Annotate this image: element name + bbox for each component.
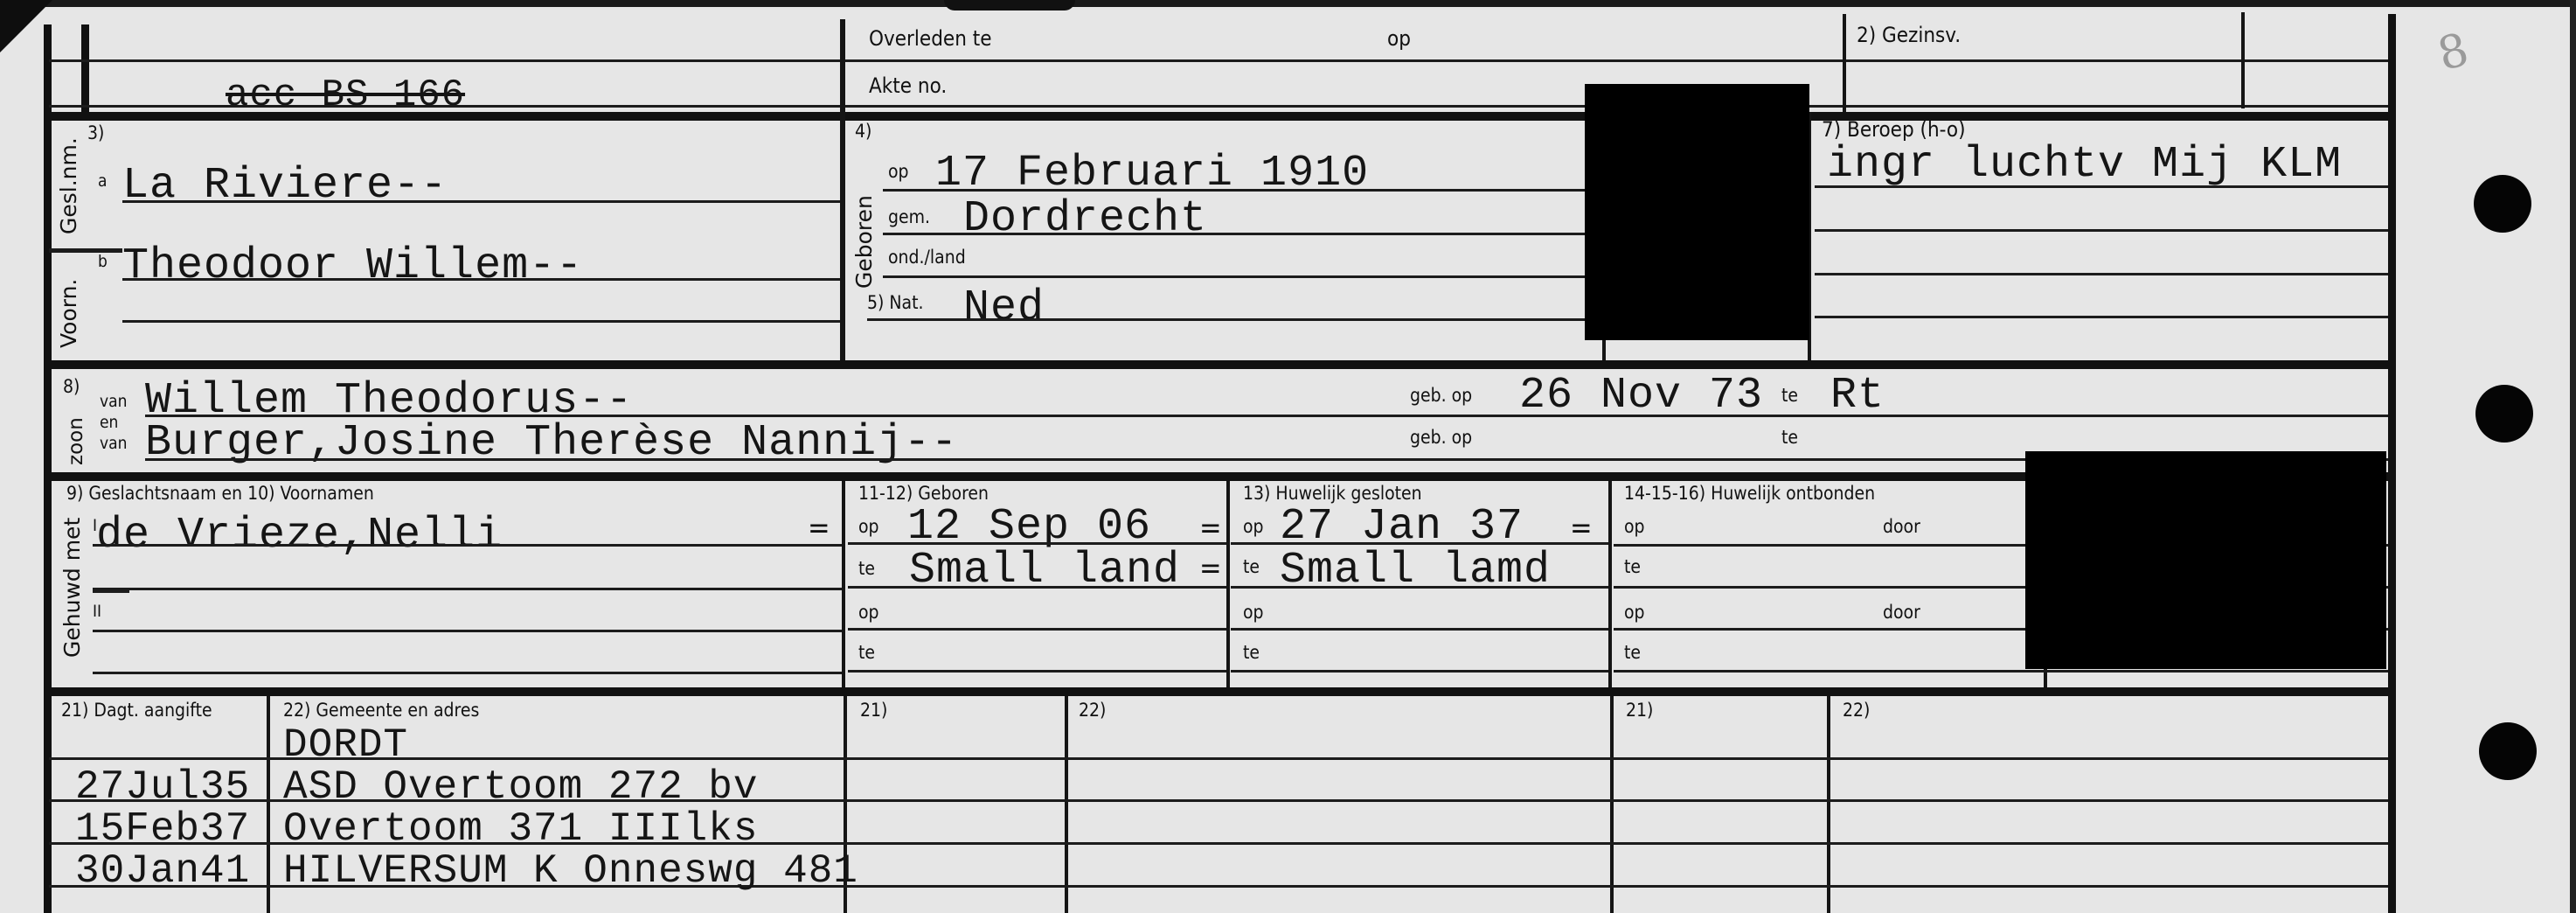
- occupation-line-1: [1815, 185, 2388, 188]
- overleden-label: Overleden te: [869, 26, 992, 51]
- gesl-voorn-divider: [49, 248, 122, 253]
- spouse-2-line-2: [93, 672, 842, 674]
- spouse-1-birth-place-eq: =: [1199, 551, 1222, 586]
- spouse-1-birth-date-line: [848, 542, 1226, 545]
- punch-hole-3: [2479, 722, 2537, 780]
- marriage-1-eq: =: [1570, 511, 1593, 546]
- gesl-nm-label: Gesl.nm.: [56, 137, 81, 234]
- birth-gem-label: gem.: [888, 206, 930, 227]
- given-names-line: [122, 278, 840, 281]
- birth-section-number: 4): [855, 121, 871, 142]
- scan-right-edge: [2570, 0, 2576, 913]
- address-entry-0-address: DORDT: [283, 722, 408, 768]
- address-col22-label-3: 22): [1843, 700, 1870, 721]
- spouse-1-eq: =: [808, 511, 830, 546]
- overleden-op-label: op: [1387, 26, 1411, 51]
- spouse-2-birth-place-line: [848, 670, 1226, 673]
- address-col22-label-2: 22): [1079, 700, 1106, 721]
- surname-value: La Riviere--: [122, 161, 448, 211]
- marriage-2-op-label: op: [1243, 602, 1264, 623]
- header-divider: [840, 19, 845, 362]
- left-border: [44, 24, 52, 913]
- surname-line: [122, 200, 840, 203]
- occupation-line-2: [1815, 229, 2388, 232]
- punch-hole-1: [2474, 175, 2531, 233]
- spouse-1-birth-te-label: te: [858, 558, 875, 579]
- marriage-2-place-line: [1231, 670, 1608, 673]
- spouse-names-header: 9) Geslachtsnaam en 10) Voornamen: [66, 483, 374, 504]
- spouse-2-birth-date-line: [848, 628, 1226, 631]
- spouse-1-birth-op-label: op: [858, 516, 879, 537]
- given-names-b-marker: b: [98, 252, 108, 271]
- redacted-marriage-block: [2025, 451, 2386, 669]
- address-col-divider-4: [1610, 696, 1614, 913]
- mother-van-label: van: [100, 434, 127, 453]
- birth-date-line: [883, 189, 1602, 192]
- spouse-birth-header: 11-12) Geboren: [858, 483, 989, 504]
- dissolved-2-te-line: [1614, 670, 2388, 673]
- voorn-label: Voorn.: [56, 279, 81, 348]
- header-line-1: [49, 59, 2388, 62]
- address-top-thick-line: [49, 687, 2388, 696]
- occupation-line-4: [1815, 316, 2388, 318]
- en-label: en: [100, 413, 118, 432]
- father-birth-date-value: 26 Nov 73: [1519, 371, 1763, 421]
- gezinsv-divider: [1843, 14, 1846, 112]
- address-entry-3-date: 30Jan41: [75, 848, 250, 894]
- father-birth-place-value: Rt: [1830, 371, 1885, 421]
- address-col21-label-3: 21): [1626, 700, 1653, 721]
- zoon-label: zoon: [65, 417, 87, 465]
- marriage-2-te-label: te: [1243, 642, 1260, 663]
- mother-te-label: te: [1781, 427, 1798, 448]
- address-entry-2-address: Overtoom 371 IIIlks: [283, 806, 759, 852]
- paper-clip-mark: [944, 0, 1075, 10]
- spouse-1-name-value: de Vrieze,Nelli: [96, 511, 503, 561]
- address-date-header: 21) Dagt. aangifte: [61, 700, 212, 721]
- marriage-concluded-header: 13) Huwelijk gesloten: [1243, 483, 1422, 504]
- marriage-2-date-line: [1231, 628, 1608, 631]
- dissolved-1-te-label: te: [1624, 556, 1641, 577]
- spouse-2-marker: II: [93, 602, 101, 621]
- redacted-photo-block: [1585, 84, 1809, 340]
- address-entry-2-date: 15Feb37: [75, 806, 250, 852]
- birth-municipality-line: [883, 233, 1602, 235]
- punch-hole-2: [2475, 385, 2533, 443]
- address-entry-1-date: 27Jul35: [75, 764, 250, 810]
- parents-section-number: 8): [63, 376, 80, 397]
- mother-geb-op-label: geb. op: [1410, 427, 1472, 448]
- marriage-col-divider-2: [1226, 481, 1230, 691]
- archive-reference: acc BS 166: [226, 73, 465, 117]
- geboren-label: Geboren: [851, 195, 877, 289]
- marriage-1-date-line: [1231, 542, 1608, 545]
- address-addr-header: 22) Gemeente en adres: [283, 700, 479, 721]
- marriage-1-op-label: op: [1243, 516, 1264, 537]
- nationality-value: Ned: [963, 283, 1045, 333]
- spouse-1-birth-place-line: [848, 586, 1226, 589]
- father-line: [145, 415, 2388, 417]
- akte-label: Akte no.: [869, 73, 947, 98]
- address-col21-label-2: 21): [860, 700, 887, 721]
- address-col-divider-3: [1065, 696, 1068, 913]
- dissolved-1-door-label: door: [1883, 516, 1920, 537]
- father-van-label: van: [100, 392, 127, 411]
- spouse-2-birth-op-label: op: [858, 602, 879, 623]
- pencil-mark: 8: [2433, 24, 2474, 82]
- address-col-divider-5: [1827, 696, 1830, 913]
- registry-card: acc BS 166 Overleden te op Akte no. 2) G…: [0, 0, 2576, 913]
- father-te-label: te: [1781, 385, 1798, 406]
- scan-edge: [0, 0, 2576, 7]
- ond-land-label: ond./land: [888, 247, 966, 268]
- address-entry-1-address: ASD Overtoom 272 bv: [283, 764, 759, 810]
- surname-a-marker: a: [98, 171, 107, 191]
- spouse-1-line: [93, 544, 842, 547]
- occupation-line-3: [1815, 273, 2388, 275]
- birth-op-label: op: [888, 161, 909, 182]
- person-section-number: 3): [87, 122, 104, 143]
- parents-top-thick-line: [49, 360, 2388, 369]
- occupation-value: ingr luchtv Mij KLM: [1827, 140, 2342, 190]
- right-border: [2388, 14, 2396, 913]
- address-col-divider-1: [267, 696, 270, 913]
- address-entry-3-address: HILVERSUM K Onneswg 481: [283, 848, 858, 894]
- dissolved-2-op-label: op: [1624, 602, 1645, 623]
- given-names-line-2: [122, 320, 840, 323]
- left-inner-stub: [81, 24, 89, 117]
- given-names-value: Theodoor Willem--: [122, 241, 583, 291]
- marriage-dissolved-header: 14-15-16) Huwelijk ontbonden: [1624, 483, 1875, 504]
- father-geb-op-label: geb. op: [1410, 385, 1472, 406]
- marriage-col-divider-3: [1608, 481, 1612, 691]
- dissolved-1-op-label: op: [1624, 516, 1645, 537]
- marriage-1-te-label: te: [1243, 556, 1260, 577]
- nationality-line: [867, 318, 1602, 321]
- spouse-1-line-2: [93, 588, 842, 590]
- spouse-1-line-mark: [93, 588, 129, 593]
- dissolved-2-door-label: door: [1883, 602, 1920, 623]
- gezinsv-label: 2) Gezinsv.: [1857, 23, 1961, 47]
- occupation-label: 7) Beroep (h-o): [1822, 117, 1966, 142]
- marriage-1-place-line: [1231, 586, 1608, 589]
- marriage-col-divider-1: [842, 481, 845, 691]
- spouse-2-line: [93, 630, 842, 632]
- ond-land-line: [883, 275, 1602, 278]
- spouse-1-birth-eq: =: [1199, 511, 1222, 546]
- dissolved-2-te-label: te: [1624, 642, 1641, 663]
- nationality-label: 5) Nat.: [867, 292, 924, 313]
- gehuwd-met-label: Gehuwd met: [59, 518, 85, 658]
- spouse-2-birth-te-label: te: [858, 642, 875, 663]
- birth-municipality-value: Dordrecht: [963, 194, 1207, 244]
- gezinsv-divider-2: [2241, 12, 2245, 108]
